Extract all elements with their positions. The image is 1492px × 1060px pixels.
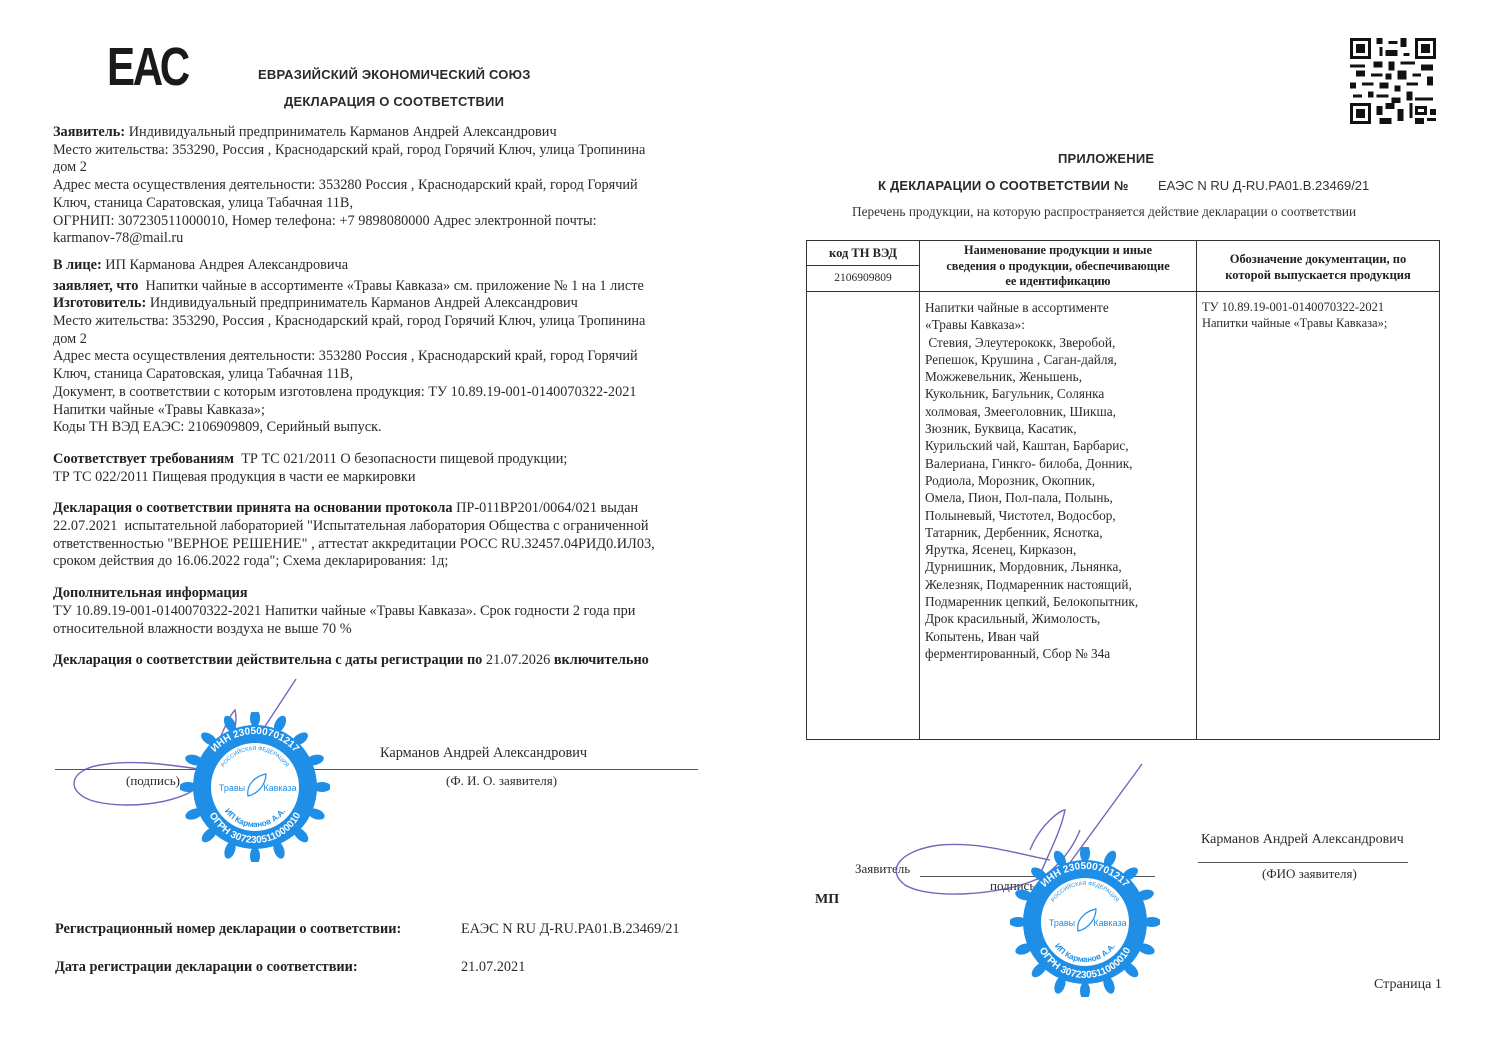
manufacturer-value: Индивидуальный предприниматель Карманов … (150, 295, 578, 311)
basis-line-3: ответственностью "ВЕРНОЕ РЕШЕНИЕ" , атте… (53, 536, 713, 554)
svg-text:Кавказа: Кавказа (263, 783, 296, 793)
annex-declaration-number: ЕАЭС N RU Д-RU.PA01.B.23469/21 (1158, 178, 1369, 193)
product-line: Омела, Пион, Пол-пала, Полынь, (925, 489, 1195, 506)
manufacturer-document-2: Напитки чайные «Травы Кавказа»; (53, 402, 713, 420)
complies-value-1: ТР ТС 021/2011 О безопасности пищевой пр… (234, 451, 567, 467)
additional-label: Дополнительная информация (53, 585, 713, 603)
basis-label: Декларация о соответствии принята на осн… (53, 500, 453, 516)
complies-line-2: ТР ТС 022/2011 Пищевая продукция в части… (53, 469, 713, 487)
product-list: Напитки чайные в ассортименте«Травы Кавк… (925, 299, 1195, 662)
product-line: Татарник, Дербенник, Яснотка, (925, 524, 1195, 541)
product-line: Стевия, Элеутерококк, Зверобой, (925, 334, 1195, 351)
product-line: Ярутка, Ясенец, Кирказон, (925, 541, 1195, 558)
product-line: Дрок красильный, Жимолость, (925, 610, 1195, 627)
svg-text:Травы: Травы (219, 783, 245, 793)
product-line: Дурнишник, Мордовник, Льнянка, (925, 558, 1195, 575)
product-line: Репешок, Крушина , Саган-дайля, (925, 351, 1195, 368)
product-line: Зюзник, Буквица, Касатик, (925, 420, 1195, 437)
manufacturer-activity-1: Адрес места осуществления деятельности: … (53, 348, 713, 366)
product-line: Можжевельник, Женьшень, (925, 368, 1195, 385)
declaration-body: Заявитель: Индивидуальный предпринимател… (53, 124, 713, 670)
manufacturer-residence-1: Место жительства: 353290, Россия , Красн… (53, 313, 713, 331)
header-code: код ТН ВЭД (807, 245, 919, 262)
validity-label: Декларация о соответствии действительна … (53, 652, 482, 668)
annex-name-caption: (ФИО заявителя) (1262, 866, 1357, 882)
product-line: Железняк, Подмаренник настоящий, (925, 576, 1195, 593)
product-line: Валериана, Гинкго- билоба, Донник, (925, 455, 1195, 472)
annex-company-stamp-icon: ИНН 230500701217 ОГРН 307230511000010 РО… (1010, 847, 1160, 997)
registration-date-value: 21.07.2021 (461, 959, 525, 976)
annex-description: Перечень продукции, на которую распростр… (852, 204, 1356, 220)
declares-line: заявляет, что Напитки чайные в ассортиме… (53, 278, 713, 296)
applicant-name: Карманов Андрей Александрович (380, 745, 587, 762)
header-name: Наименование продукции и иные сведения о… (920, 243, 1196, 290)
product-line: Полыневый, Чистотел, Водосбор, (925, 507, 1195, 524)
basis-line-2: 22.07.2021 испытательной лабораторией "И… (53, 518, 713, 536)
registration-date-label: Дата регистрации декларации о соответств… (55, 959, 358, 976)
applicant-residence-1: Место жительства: 353290, Россия , Красн… (53, 142, 713, 160)
page-number: Страница 1 (1374, 977, 1442, 993)
declares-value: Напитки чайные в ассортименте «Травы Кав… (138, 278, 643, 294)
basis-value-1: ПР-011ВР201/0064/021 выдан (453, 500, 639, 516)
header-doc: Обозначение документации, по которой вып… (1197, 251, 1439, 283)
validity-date: 21.07.2026 (482, 652, 550, 668)
manufacturer-line: Изготовитель: Индивидуальный предпринима… (53, 295, 713, 313)
annex-subtitle: К ДЕКЛАРАЦИИ О СООТВЕТСТВИИ № (878, 178, 1129, 193)
manufacturer-activity-2: Ключ, станица Саратовская, улица Табачна… (53, 366, 713, 384)
name-line (1198, 862, 1408, 863)
product-line: Кукольник, Багульник, Солянка (925, 385, 1195, 402)
basis-line-4: сроком действия до 16.06.2022 года"; Схе… (53, 553, 713, 571)
represented-value: ИП Карманова Андрея Александровича (105, 257, 348, 273)
document-title: ДЕКЛАРАЦИЯ О СООТВЕТСТВИИ (284, 94, 504, 109)
additional-line-2: относительной влажности воздуха не выше … (53, 621, 713, 639)
registration-number-label: Регистрационный номер декларации о соотв… (55, 921, 401, 938)
applicant-label: Заявитель: (53, 124, 125, 140)
represented-line: В лице: ИП Карманова Андрея Александрови… (53, 257, 713, 275)
applicant-ogrnip: ОГРНИП: 307230511000010, Номер телефона:… (53, 213, 713, 231)
represented-label: В лице: (53, 257, 102, 273)
complies-line-1: Соответствует требованиям ТР ТС 021/2011… (53, 451, 713, 469)
products-table: код ТН ВЭД 2106909809 Наименование проду… (806, 240, 1440, 740)
validity-line: Декларация о соответствии действительна … (53, 652, 713, 670)
declares-label: заявляет, что (53, 278, 138, 294)
registration-number-value: ЕАЭС N RU Д-RU.PA01.B.23469/21 (461, 921, 680, 938)
additional-line-1: ТУ 10.89.19-001-0140070322-2021 Напитки … (53, 603, 713, 621)
manufacturer-residence-2: дом 2 (53, 331, 713, 349)
svg-text:Травы: Травы (1049, 918, 1075, 928)
applicant-email: karmanov-78@mail.ru (53, 230, 713, 248)
name-caption: (Ф. И. О. заявителя) (446, 773, 557, 789)
basis-line-1: Декларация о соответствии принята на осн… (53, 500, 713, 518)
product-line: «Травы Кавказа»: (925, 316, 1195, 333)
eac-logo: ЕАС (107, 40, 188, 94)
applicant-line: Заявитель: Индивидуальный предпринимател… (53, 124, 713, 142)
applicant-activity-2: Ключ, станица Саратовская, улица Табачна… (53, 195, 713, 213)
product-line: Подмаренник цепкий, Белокопытник, (925, 593, 1195, 610)
seal-label: МП (815, 892, 839, 908)
union-heading: ЕВРАЗИЙСКИЙ ЭКОНОМИЧЕСКИЙ СОЮЗ (258, 67, 531, 82)
product-doc: ТУ 10.89.19-001-0140070322-2021 Напитки … (1202, 299, 1438, 331)
manufacturer-label: Изготовитель: (53, 295, 146, 311)
product-line: ферментированный, Сбор № 34а (925, 645, 1195, 662)
applicant-activity-1: Адрес места осуществления деятельности: … (53, 177, 713, 195)
annex-applicant-name: Карманов Андрей Александрович (1201, 832, 1404, 848)
manufacturer-codes: Коды ТН ВЭД ЕАЭС: 2106909809, Серийный в… (53, 419, 713, 437)
manufacturer-document-1: Документ, в соответствии с которым изгот… (53, 384, 713, 402)
applicant-residence-2: дом 2 (53, 159, 713, 177)
validity-suffix: включительно (550, 652, 649, 668)
product-line: Копытень, Иван чай (925, 628, 1195, 645)
product-line: Курильский чай, Каштан, Барбарис, (925, 437, 1195, 454)
product-line: Напитки чайные в ассортименте (925, 299, 1195, 316)
svg-text:Кавказа: Кавказа (1093, 918, 1126, 928)
product-line: холмовая, Змееголовник, Шикша, (925, 403, 1195, 420)
annex-title: ПРИЛОЖЕНИЕ (1058, 151, 1154, 166)
company-stamp-icon: ИНН 230500701217 ОГРН 307230511000010 РО… (180, 712, 330, 862)
product-line: Родиола, Морозник, Окопник, (925, 472, 1195, 489)
qr-code-icon[interactable] (1350, 38, 1436, 124)
complies-label: Соответствует требованиям (53, 451, 234, 467)
code-value: 2106909809 (807, 270, 919, 287)
applicant-value: Индивидуальный предприниматель Карманов … (129, 124, 557, 140)
